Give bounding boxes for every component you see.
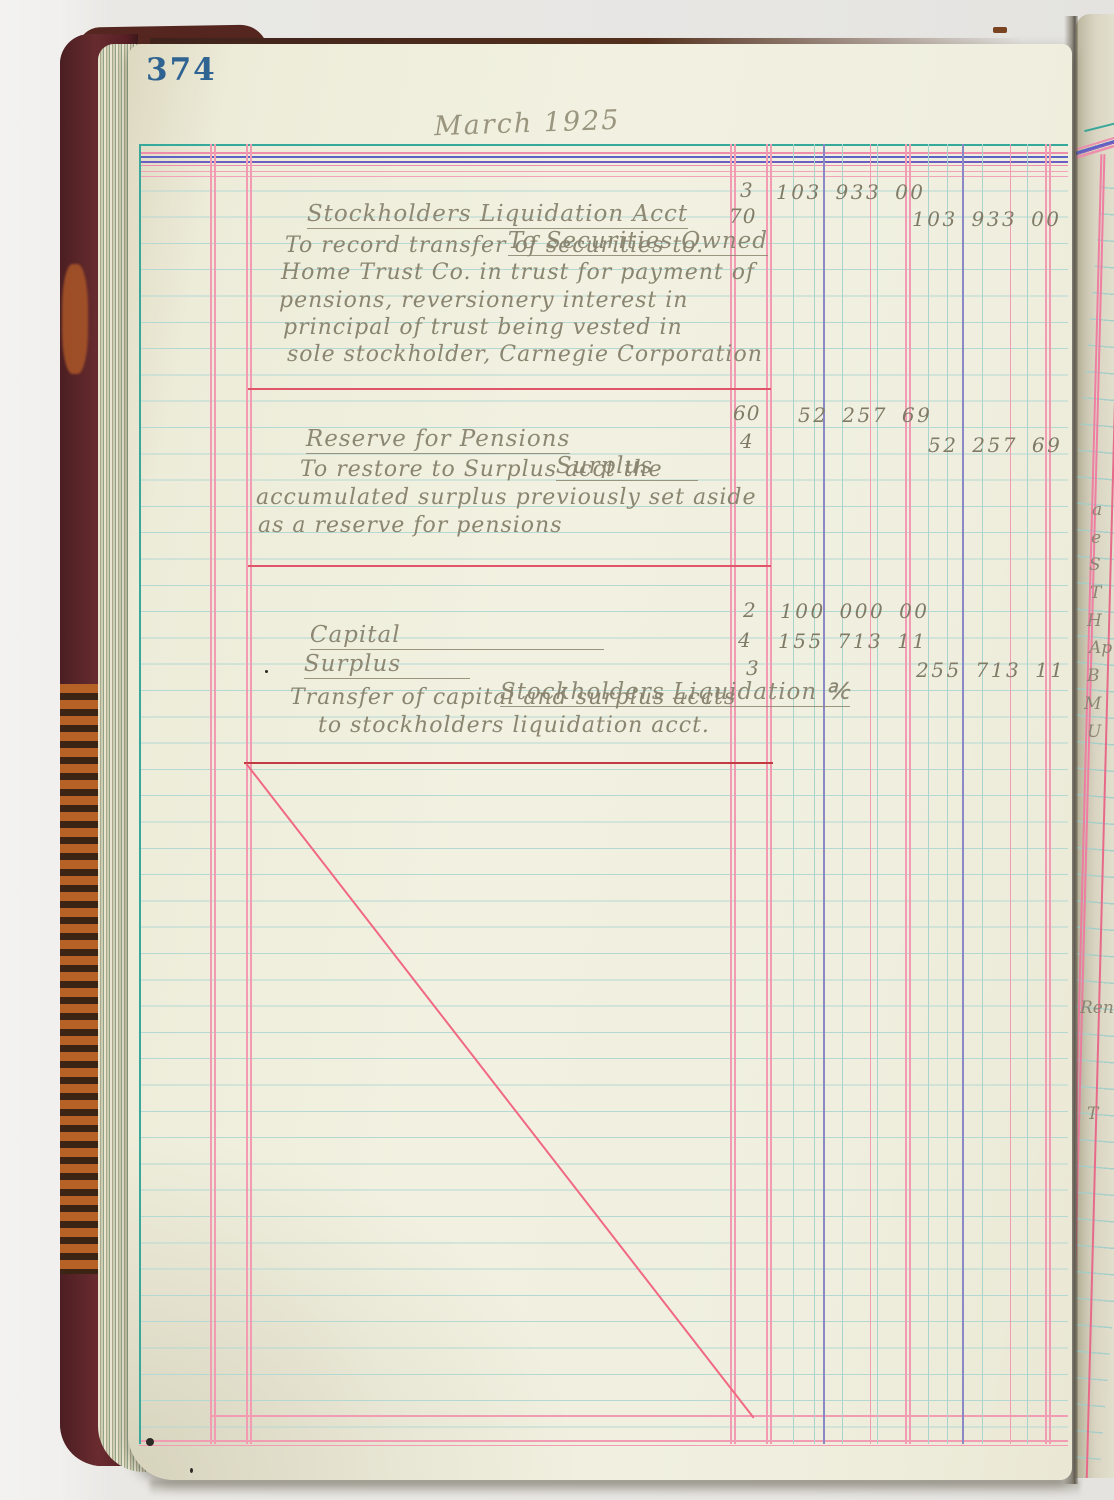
- folio-number: 3: [746, 656, 760, 680]
- handwriting-fragment: M: [1084, 694, 1101, 714]
- ruling-pink-vertical: [870, 144, 871, 1444]
- memo-line: pensions, reversionery interest in: [279, 288, 688, 313]
- credit-amount: 255 713 11: [916, 658, 1066, 682]
- ruling-cyan-vertical: [928, 144, 929, 1444]
- folio-number: 4: [740, 429, 754, 453]
- ruling-pink-vertical: [766, 144, 768, 1444]
- entry-separator-line: [248, 565, 771, 567]
- handwriting-fragment: T: [1087, 1104, 1098, 1124]
- debit-amount: 100 000 00: [780, 599, 930, 623]
- folio-number: 2: [743, 598, 757, 622]
- ruling-pink-vertical: [250, 144, 252, 1444]
- binding-wear-patch: [62, 264, 88, 374]
- debit-amount: 155 713 11: [778, 629, 928, 653]
- adjacent-page-sliver: a e S T H Ap B M U Rent T: [1076, 14, 1114, 1478]
- page-heading: March 1925: [434, 105, 621, 142]
- ruling-pink-footline: [139, 1445, 1068, 1447]
- page-bottom-shadow: [150, 1480, 1080, 1496]
- handwriting-fragment: B: [1087, 666, 1100, 686]
- memo-line: Transfer of capital and surplus accts: [290, 685, 736, 710]
- ruling-pink-vertical: [1045, 144, 1047, 1444]
- ruling-cyan-vertical: [877, 144, 878, 1444]
- handwriting-fragment: e: [1091, 528, 1101, 548]
- ruling-pink-vertical: [734, 144, 736, 1444]
- handwriting-fragment: U: [1087, 722, 1101, 742]
- memo-line: as a reserve for pensions: [258, 513, 563, 538]
- entry-separator-line: [244, 762, 773, 764]
- ruling-pink-vertical: [905, 144, 907, 1444]
- handwriting-fragment: a: [1092, 500, 1102, 520]
- credit-amount: 52 257 69: [928, 433, 1062, 457]
- ruling-pink-vertical: [1010, 144, 1011, 1444]
- ink-speck: [190, 1468, 193, 1473]
- memo-line: To restore to Surplus acct the: [300, 457, 663, 482]
- ruling-cyan-vertical: [842, 144, 843, 1444]
- ledger-photograph: a e S T H Ap B M U Rent T: [0, 0, 1114, 1500]
- handwriting-fragment: H: [1087, 611, 1102, 631]
- handwriting-fragment: Rent: [1080, 998, 1114, 1018]
- ruling-cyan-vertical: [982, 144, 983, 1444]
- memo-line: Home Trust Co. in trust for payment of: [281, 260, 755, 285]
- ruling-purple-vertical: [962, 144, 964, 1444]
- ruling-teal-vertical: [139, 144, 141, 1444]
- handwriting-fragment: S: [1089, 555, 1101, 575]
- ledger-page: 374 March 1925 Stockholders Liquidation …: [128, 44, 1072, 1480]
- ruling-pink-vertical: [210, 144, 212, 1444]
- memo-line: sole stockholder, Carnegie Corporation: [287, 342, 763, 367]
- ruling-pink-vertical: [214, 144, 216, 1444]
- ruling-purple-vertical: [823, 144, 825, 1444]
- adjacent-page-teal-line: [1084, 122, 1114, 132]
- folio-number: 60: [733, 401, 760, 425]
- page-number: 374: [146, 52, 217, 88]
- pencil-dot: [265, 670, 268, 673]
- debris-speck: [993, 27, 1007, 33]
- memo-line: principal of trust being vested in: [283, 315, 683, 340]
- ruling-pink-vertical: [246, 144, 248, 1444]
- debit-amount: 52 257 69: [798, 403, 932, 427]
- folio-number: 4: [738, 628, 752, 652]
- ruling-pink-vertical: [770, 144, 772, 1444]
- memo-line: to stockholders liquidation acct.: [318, 713, 710, 738]
- ruling-cyan-vertical: [814, 144, 815, 1444]
- folio-number: 70: [729, 204, 756, 228]
- handwriting-fragment: Ap: [1089, 638, 1112, 658]
- ruling-pink-vertical: [730, 144, 732, 1444]
- debit-amount: 103 933 00: [776, 180, 926, 204]
- ink-dot: [146, 1438, 154, 1446]
- memo-line: To record transfer of securities to.: [285, 233, 704, 258]
- account-name-text: Surplus: [304, 651, 470, 679]
- credit-amount: 103 933 00: [912, 207, 1062, 231]
- memo-line: accumulated surplus previously set aside: [256, 485, 757, 510]
- ruling-pink-vertical: [1049, 144, 1051, 1444]
- handwriting-fragment: T: [1090, 583, 1101, 603]
- ruling-pink-vertical: [909, 144, 911, 1444]
- ruling-cyan-vertical: [793, 144, 794, 1444]
- ruling-cyan-vertical: [1027, 144, 1028, 1444]
- adjacent-page-header-band: [1076, 133, 1114, 160]
- ruling-pink-footline: [210, 1415, 1068, 1417]
- ruling-cyan-vertical: [947, 144, 948, 1444]
- folio-number: 3: [740, 178, 754, 202]
- entry-separator-line: [248, 388, 771, 390]
